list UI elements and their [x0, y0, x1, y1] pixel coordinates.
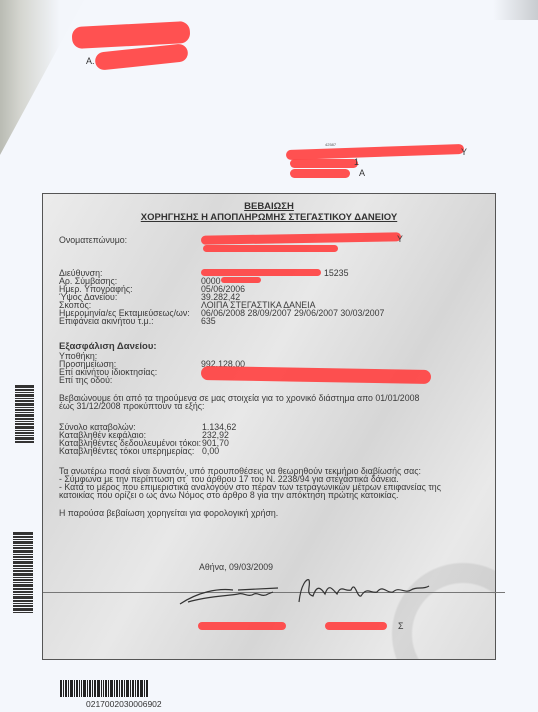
recipient-line-1-suffix: Υ	[461, 147, 467, 157]
signature-2	[295, 574, 435, 608]
name-label: Ονοματεπώνυμο:	[59, 235, 127, 245]
bottom-barcode	[60, 680, 149, 697]
payment-value-default-interest: 0,00	[202, 446, 219, 456]
barcode-number: 0217002030006902	[86, 699, 162, 709]
sender-address-prefix: Α.	[86, 56, 95, 66]
payment-label-default-interest: Καταβληθέντες τόκοι υπερημερίας:	[59, 446, 194, 456]
document-title: ΒΕΒΑΙΩΣΗ	[43, 201, 495, 212]
name-value-suffix: Υ	[397, 234, 403, 244]
redaction-property	[201, 366, 431, 384]
side-barcode-top	[15, 385, 34, 444]
recipient-line-2-suffix: 1	[354, 157, 359, 167]
statement-line-2: έως 31/12/2008 προκύπτουν τα εξής:	[59, 401, 204, 411]
paper-edge-shadow	[493, 0, 538, 20]
field-label-property-area: Επιφάνεια ακινήτου τ.μ.:	[59, 316, 154, 326]
field-value-property-area: 635	[201, 316, 216, 326]
certificate-frame: ΒΕΒΑΙΩΣΗ ΧΟΡΗΓΗΣΗΣ Η ΑΠΟΠΛΗΡΩΜΗΣ ΣΤΕΓΑΣΤ…	[42, 193, 496, 660]
field-value-address-postcode: 15235	[324, 268, 348, 278]
side-barcode-bottom	[13, 532, 33, 614]
recipient-line-3-suffix: Α	[359, 168, 365, 178]
redaction-recipient-2	[290, 159, 358, 168]
signatory-2-suffix: Σ	[398, 621, 403, 631]
redaction-recipient-3	[290, 169, 350, 178]
note-line-4: κατοικίας που ορίζει ο ως άνω Νόμος στο …	[59, 490, 398, 500]
redaction-signatory-2	[325, 622, 387, 630]
redaction-name-1	[201, 232, 401, 244]
purpose-line: Η παρούσα βεβαίωση χορηγείται για φορολο…	[59, 508, 278, 518]
redaction-signatory-1	[198, 622, 286, 630]
place-date: Αθήνα, 09/03/2009	[199, 562, 273, 572]
field-value-disbursement-dates: 06/06/2008 28/09/2007 29/06/2007 30/03/2…	[201, 308, 384, 318]
security-label-street: Επί της οδού:	[59, 375, 112, 385]
signature-1	[178, 586, 288, 608]
redaction-address	[201, 269, 321, 276]
recipient-small-code: 42587	[325, 142, 336, 147]
redaction-name-2	[203, 245, 338, 252]
document-subtitle: ΧΟΡΗΓΗΣΗΣ Η ΑΠΟΠΛΗΡΩΜΗΣ ΣΤΕΓΑΣΤΙΚΟΥ ΔΑΝΕ…	[43, 212, 495, 223]
redaction-contract	[221, 277, 261, 283]
